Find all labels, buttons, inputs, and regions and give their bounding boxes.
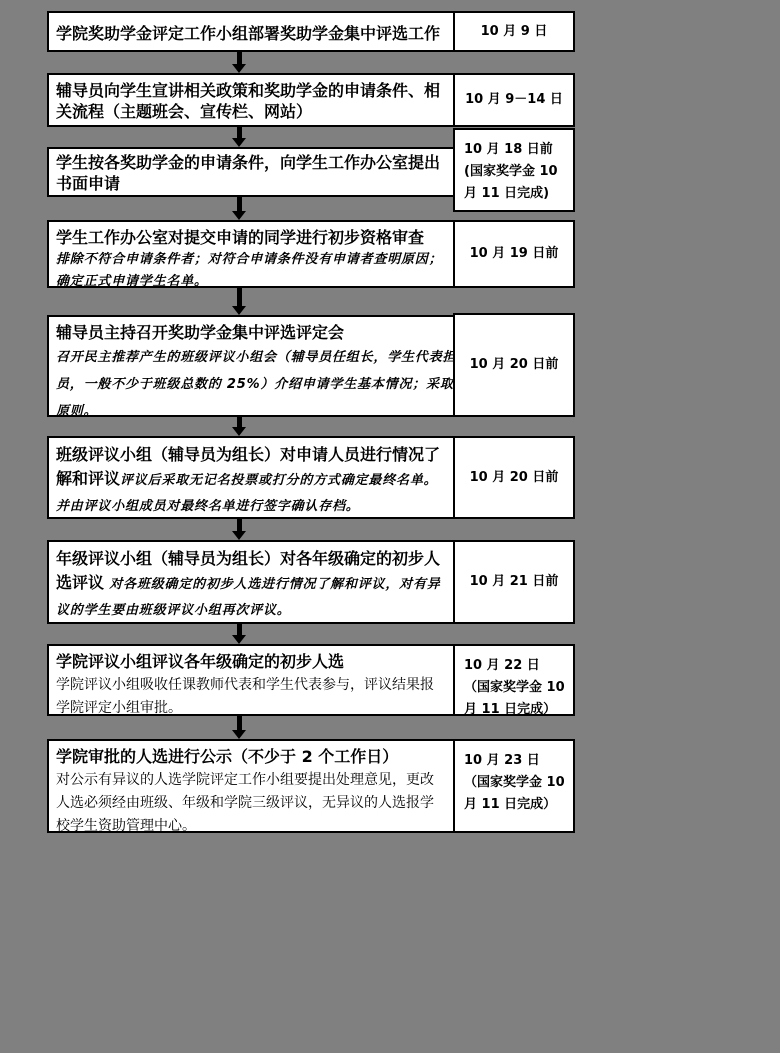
step-body: 对公示有异议的人选学院评定工作小组要提出处理意见，更改人选必须经由班级、年级和学…	[56, 772, 434, 833]
date-label: 10 月 22 日（国家奖学金 10 月 11 日完成）	[464, 658, 565, 717]
step-box-5: 辅导员主持召开奖助学金集中评选评定会 召开民主推荐产生的班级评议小组会（辅导员任…	[47, 315, 502, 417]
date-label: 10 月 21 日前	[470, 571, 559, 593]
step-title: 学生工作办公室对提交申请的同学进行初步资格审查	[56, 227, 446, 248]
date-box-4: 10 月 19 日前	[453, 220, 575, 288]
step-title: 学院审批的人选进行公示（不少于 2 个工作日）	[56, 746, 446, 768]
arrow-down-icon	[232, 288, 247, 315]
step-box-6: 班级评议小组（辅导员为组长）对申请人员进行情况了解和评议评议后采取无记名投票或打…	[47, 436, 455, 519]
step-body: 对各班级确定的初步人选进行情况了解和评议，对有异议的学生要由班级评议小组再次评议…	[56, 577, 441, 618]
step-body: 召开民主推荐产生的班级评议小组会（辅导员任组长，学生代表担任成员，一般不少于班级…	[56, 350, 484, 417]
date-box-8: 10 月 22 日（国家奖学金 10 月 11 日完成）	[453, 644, 575, 716]
arrow-down-icon	[232, 624, 247, 644]
date-label: 10 月 9－14 日	[465, 89, 563, 111]
arrow-down-icon	[232, 519, 247, 540]
step-box-4: 学生工作办公室对提交申请的同学进行初步资格审查 排除不符合申请条件者；对符合申请…	[47, 220, 455, 288]
date-label: 10 月 18 日前(国家奖学金 10 月 11 日完成)	[464, 142, 558, 201]
step-box-2: 辅导员向学生宣讲相关政策和奖助学金的申请条件、相关流程（主题班会、宣传栏、网站）	[47, 73, 455, 127]
step-box-7: 年级评议小组（辅导员为组长）对各年级确定的初步人选评议 对各班级确定的初步人选进…	[47, 540, 455, 624]
date-box-9: 10 月 23 日（国家奖学金 10 月 11 日完成）	[453, 739, 575, 833]
date-box-6: 10 月 20 日前	[453, 436, 575, 519]
step-box-8: 学院评议小组评议各年级确定的初步人选 学院评议小组吸收任课教师代表和学生代表参与…	[47, 644, 455, 716]
date-box-7: 10 月 21 日前	[453, 540, 575, 624]
date-box-1: 10 月 9 日	[453, 11, 575, 52]
step-box-1: 学院奖助学金评定工作小组部署奖助学金集中评选工作	[47, 11, 455, 52]
step-box-9: 学院审批的人选进行公示（不少于 2 个工作日） 对公示有异议的人选学院评定工作小…	[47, 739, 455, 833]
arrow-down-icon	[232, 127, 247, 147]
step-title: 辅导员主持召开奖助学金集中评选评定会	[56, 322, 493, 343]
date-label: 10 月 19 日前	[470, 243, 559, 265]
step-title: 学生按各奖助学金的申请条件，向学生工作办公室提出书面申请	[56, 153, 440, 193]
step-title: 学院评议小组评议各年级确定的初步人选	[56, 651, 446, 673]
step-title: 学院奖助学金评定工作小组部署奖助学金集中评选工作	[56, 24, 440, 43]
arrow-down-icon	[232, 197, 247, 220]
date-label: 10 月 9 日	[481, 21, 548, 43]
arrow-down-icon	[232, 716, 247, 739]
date-box-5: 10 月 20 日前	[453, 313, 575, 417]
step-body: 学院评议小组吸收任课教师代表和学生代表参与，评议结果报学院评定小组审批。	[56, 677, 434, 716]
date-label: 10 月 20 日前	[470, 467, 559, 489]
date-label: 10 月 23 日（国家奖学金 10 月 11 日完成）	[464, 753, 565, 812]
arrow-down-icon	[232, 417, 247, 436]
step-title: 辅导员向学生宣讲相关政策和奖助学金的申请条件、相关流程（主题班会、宣传栏、网站）	[56, 81, 440, 121]
step-body: 排除不符合申请条件者；对符合申请条件没有申请者查明原因；确定正式申请学生名单。	[56, 252, 442, 288]
arrow-down-icon	[232, 52, 247, 73]
date-label: 10 月 20 日前	[470, 354, 559, 376]
date-box-3: 10 月 18 日前(国家奖学金 10 月 11 日完成)	[453, 128, 575, 212]
date-box-2: 10 月 9－14 日	[453, 73, 575, 127]
step-box-3: 学生按各奖助学金的申请条件，向学生工作办公室提出书面申请	[47, 147, 455, 197]
flowchart-canvas: 学院奖助学金评定工作小组部署奖助学金集中评选工作 10 月 9 日 辅导员向学生…	[0, 0, 780, 1053]
